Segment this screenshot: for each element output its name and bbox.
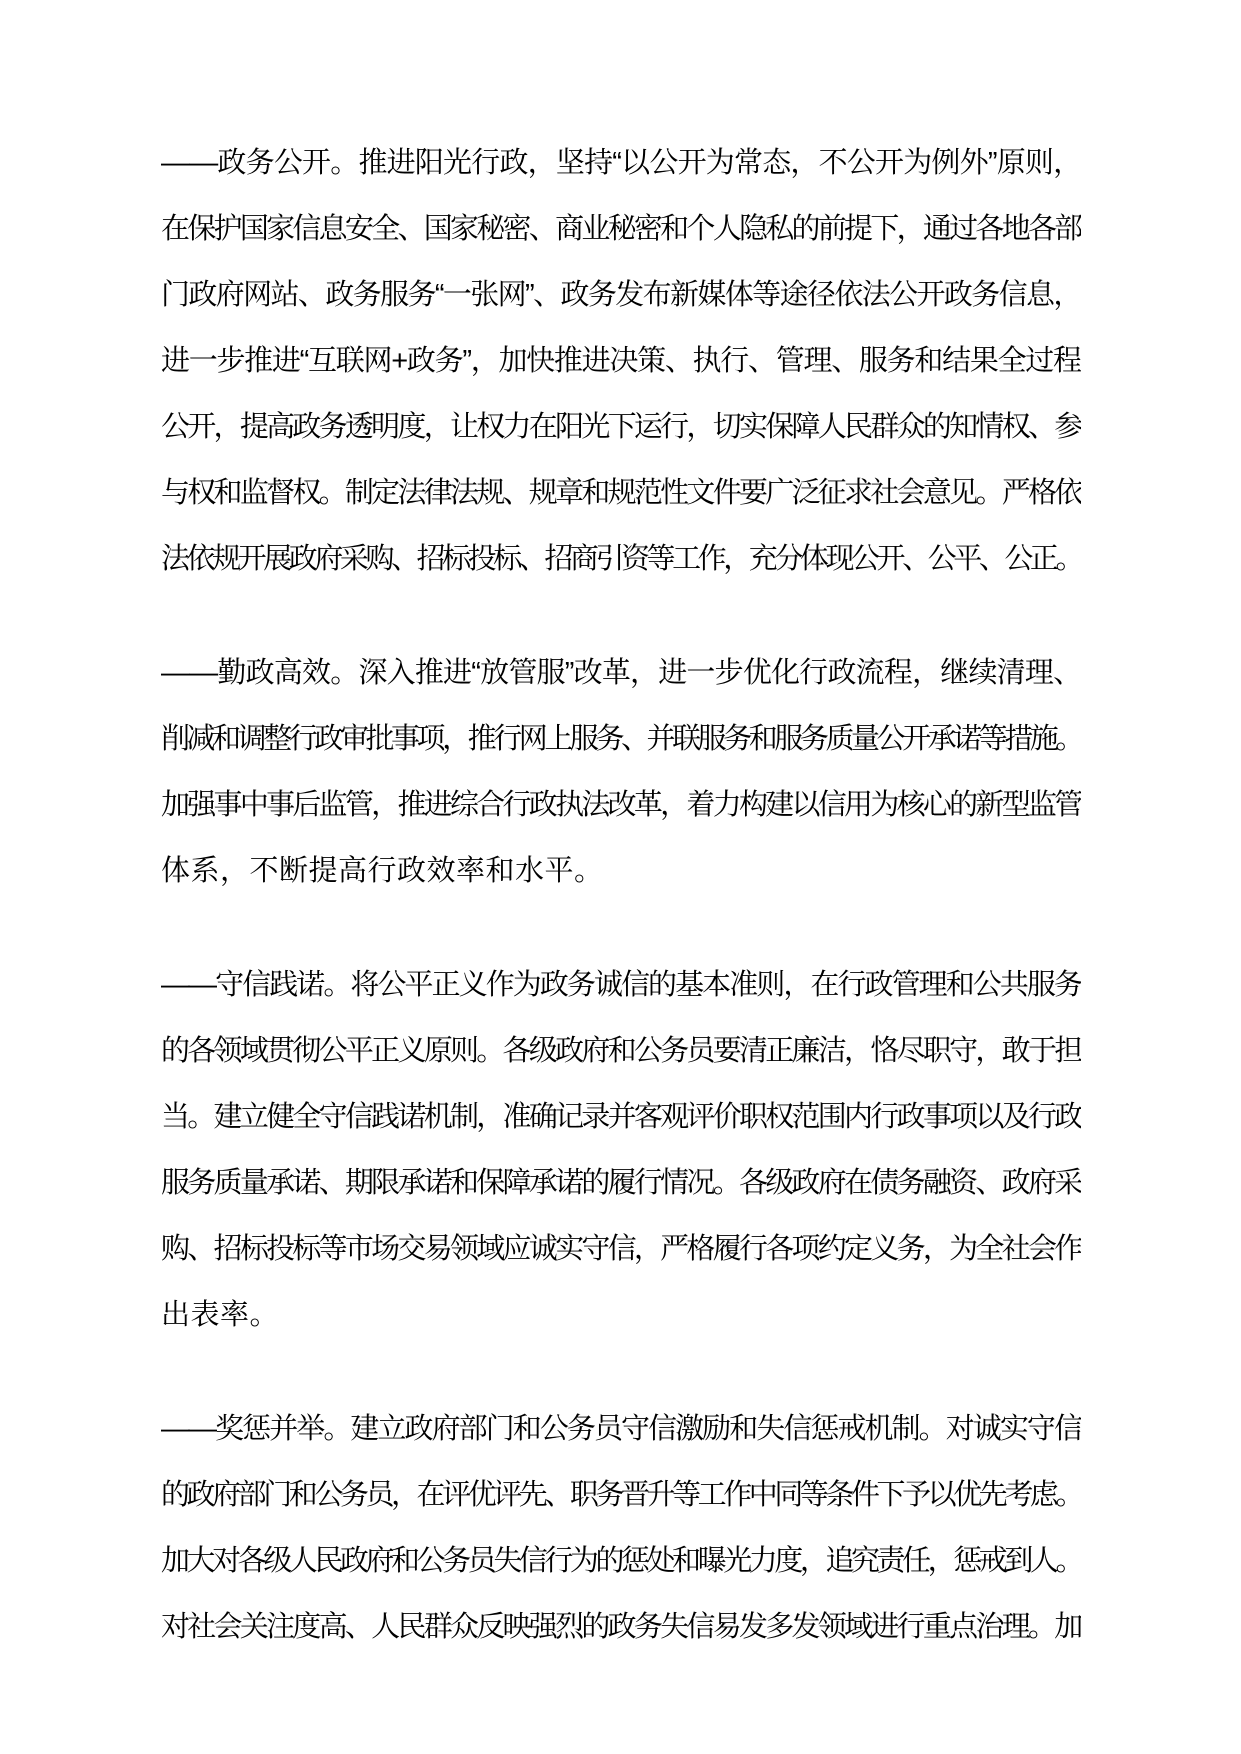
paragraph-zhengwu-gongkai: ——政务公开。推进阳光行政，坚持“以公开为常态，不公开为例外”原则， 在保护国家… (161, 130, 1081, 592)
text-line: 加强事中事后监管，推进综合行政执法改革，着力构建以信用为核心的新型监管 (161, 772, 1081, 838)
text-line: 对社会关注度高、人民群众反映强烈的政务失信易发多发领域进行重点治理。加 (161, 1594, 1081, 1660)
text-line: 与权和监督权。制定法律法规、规章和规范性文件要广泛征求社会意见。严格依 (161, 460, 1081, 526)
text-line: ——勤政高效。深入推进“放管服”改革，进一步优化行政流程，继续清理、 (161, 640, 1081, 706)
text-line: 在保护国家信息安全、国家秘密、商业秘密和个人隐私的前提下，通过各地各部 (161, 196, 1081, 262)
text-line: ——政务公开。推进阳光行政，坚持“以公开为常态，不公开为例外”原则， (161, 130, 1081, 196)
text-line: 削减和调整行政审批事项，推行网上服务、并联服务和服务质量公开承诺等措施。 (161, 706, 1081, 772)
text-line: 的各领域贯彻公平正义原则。各级政府和公务员要清正廉洁，恪尽职守，敢于担 (161, 1018, 1081, 1084)
text-line: 当。建立健全守信践诺机制，准确记录并客观评价职权范围内行政事项以及行政 (161, 1084, 1081, 1150)
text-line: 门政府网站、政务服务“一张网”、政务发布新媒体等途径依法公开政务信息， (161, 262, 1081, 328)
text-line: ——奖惩并举。建立政府部门和公务员守信激励和失信惩戒机制。对诚实守信 (161, 1396, 1081, 1462)
text-line: 进一步推进“互联网+政务”，加快推进决策、执行、管理、服务和结果全过程 (161, 328, 1081, 394)
text-line: 体系，不断提高行政效率和水平。 (161, 838, 1081, 904)
text-line: ——守信践诺。将公平正义作为政务诚信的基本准则，在行政管理和公共服务 (161, 952, 1081, 1018)
text-line: 购、招标投标等市场交易领域应诚实守信，严格履行各项约定义务，为全社会作 (161, 1216, 1081, 1282)
paragraph-shouxin-jiannuo: ——守信践诺。将公平正义作为政务诚信的基本准则，在行政管理和公共服务 的各领域贯… (161, 952, 1081, 1348)
paragraph-qinzheng-gaoxiao: ——勤政高效。深入推进“放管服”改革，进一步优化行政流程，继续清理、 削减和调整… (161, 640, 1081, 904)
text-line: 法依规开展政府采购、招标投标、招商引资等工作，充分体现公开、公平、公正。 (161, 526, 1081, 592)
paragraph-jiangcheng-bingju: ——奖惩并举。建立政府部门和公务员守信激励和失信惩戒机制。对诚实守信 的政府部门… (161, 1396, 1081, 1660)
document-page: ——政务公开。推进阳光行政，坚持“以公开为常态，不公开为例外”原则， 在保护国家… (0, 0, 1241, 1754)
text-line: 公开，提高政务透明度，让权力在阳光下运行，切实保障人民群众的知情权、参 (161, 394, 1081, 460)
text-line: 的政府部门和公务员，在评优评先、职务晋升等工作中同等条件下予以优先考虑。 (161, 1462, 1081, 1528)
text-line: 出表率。 (161, 1282, 1081, 1348)
text-line: 加大对各级人民政府和公务员失信行为的惩处和曝光力度，追究责任，惩戒到人。 (161, 1528, 1081, 1594)
text-line: 服务质量承诺、期限承诺和保障承诺的履行情况。各级政府在债务融资、政府采 (161, 1150, 1081, 1216)
